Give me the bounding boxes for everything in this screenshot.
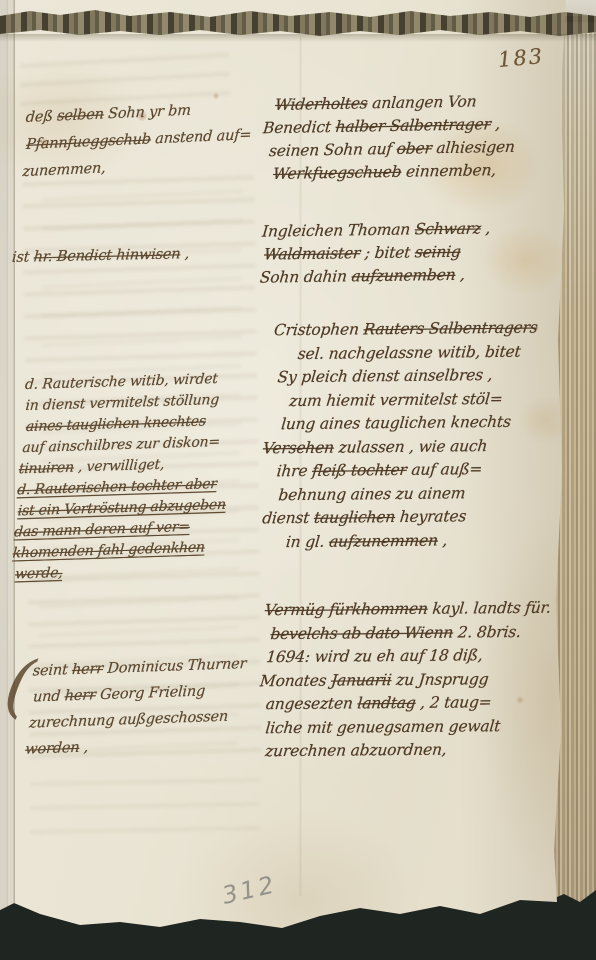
hand-text: lung aines tauglichen knechts [280, 413, 511, 433]
hand-text: anstend auf= [150, 127, 251, 147]
hand-text: zunemmen, [22, 160, 106, 180]
hand-text: ; bitet [359, 243, 415, 262]
hand-text: zulassen , wie auch [333, 437, 488, 457]
hand-text: seint [32, 662, 72, 679]
hand-text: zu Jnsprugg [391, 670, 490, 689]
manuscript-scan: 183 deß selben Sohn yr bmPfannfueggschub… [0, 0, 596, 960]
struck-text: Januarii [330, 671, 392, 690]
struck-text: herr [71, 661, 103, 678]
manuscript-line: sel. nachgelassne witib, bitet [297, 340, 537, 366]
manuscript-line: angesezten landtag , 2 taug= [265, 691, 543, 717]
struck-text: ist ein Vertröstung abzugeben [17, 497, 226, 520]
hand-text: anlangen Von [367, 92, 477, 112]
hand-text: zurechnung außgeschossen [29, 709, 229, 732]
hand-text: Sohn yr bm [103, 103, 191, 123]
struck-text: Schwarz [414, 219, 482, 238]
struck-text: hr. Bendict hinwisen [33, 246, 181, 265]
manuscript-line: Vermüg fürkhommen kayl. landts für. [264, 597, 552, 623]
hand-text: , verwilliget, [73, 457, 165, 476]
hand-text: ist [11, 249, 34, 265]
hand-text: , [180, 246, 190, 262]
manuscript-line: Ingleichen Thoman Schwarz , [261, 217, 491, 243]
hand-text: angesezten [265, 694, 358, 713]
hand-text: Benedict [262, 118, 336, 137]
hand-text: Ingleichen Thoman [261, 220, 415, 240]
hand-text: dienst [261, 509, 314, 528]
struck-text: Widerholtes [274, 94, 368, 114]
hand-text: auf auß= [406, 460, 483, 479]
manuscript-line: zum hiemit vermitelst stöl= [288, 387, 532, 413]
hand-text: auf ainschilbres zur diskon= [22, 434, 221, 456]
manuscript-line: liche mit genuegsamen gewalt [264, 714, 540, 740]
struck-text: tauglichen [313, 508, 396, 527]
manuscript-line: behnung aines zu ainem [277, 481, 523, 507]
struck-text: seinig [414, 243, 461, 262]
manuscript-line: 1694: wird zu eh auf 18 diß, [265, 644, 547, 670]
struck-text: aufzunemben [351, 266, 456, 285]
hand-text: 1694: wird zu eh auf 18 diß, [265, 646, 483, 666]
hand-text: Georg Frieling [95, 683, 205, 703]
hand-text: zurechnen abzuordnen, [264, 741, 447, 761]
struck-text: bevelchs ab dato Wienn [270, 623, 454, 643]
struck-text: worden [25, 740, 80, 758]
hand-text: Sy pleich dienst ainselbres , [277, 366, 494, 386]
main-text-column: Widerholtes anlangen VonBenedict halber … [256, 0, 562, 934]
struck-text: werde, [15, 565, 64, 583]
hand-text: 2. 8bris. [452, 622, 521, 641]
manuscript-line: Werkfuegschueb einnemben, [272, 159, 514, 186]
struck-text: aufzunemmen [328, 531, 438, 550]
manuscript-line: Monates Januarii zu Jnsprugg [259, 667, 545, 693]
hand-text: , [79, 740, 89, 756]
hand-text: sel. nachgelassne witib, bitet [297, 342, 522, 362]
manuscript-line: Waldmaister ; bitet seinig [263, 240, 489, 266]
hand-text: in gl. [285, 532, 330, 550]
hand-text: liche mit genuegsamen gewalt [265, 717, 502, 737]
hand-text: , [437, 531, 448, 549]
hand-text: kayl. landts für. [427, 599, 552, 618]
struck-text: ober [396, 139, 433, 158]
struck-text: Vermüg fürkhommen [264, 600, 429, 619]
manuscript-line: zurechnen abzuordnen, [264, 738, 538, 764]
struck-text: das mann deren auf ver= [14, 519, 191, 541]
hand-text: deß [25, 108, 57, 125]
hand-text: , [490, 115, 501, 133]
hand-text: Sohn dahin [259, 267, 352, 286]
struck-text: Waldmaister [263, 244, 361, 263]
struck-text: halber Salbentrager [335, 115, 492, 136]
struck-text: Werkfuegschueb [272, 163, 402, 183]
margin-note-4: (seint herr Dominicus Thurnerund herr Ge… [16, 651, 247, 763]
hand-text: seinen Sohn auf [268, 140, 397, 160]
struck-text: Versehen [262, 438, 335, 457]
hand-text: ihre [276, 462, 313, 480]
hand-text: heyrates [394, 507, 467, 526]
manuscript-line: Cristophen Rauters Salbentragers [273, 316, 539, 342]
manuscript-line: ihre fleiß tochter auf auß= [276, 458, 526, 484]
struck-text: landtag [357, 694, 417, 713]
hand-text: einnemben, [401, 161, 497, 181]
hand-text: in dienst vermitelst stöllung [25, 392, 220, 414]
struck-text: selben [57, 106, 105, 124]
hand-text: , 2 taug= [415, 693, 493, 712]
main-entry-4: Vermüg fürkhommen kayl. landts für.bevel… [250, 597, 552, 764]
manuscript-line: Sohn dahin aufzunemben , [259, 263, 487, 289]
hand-text: , [480, 219, 491, 237]
hand-text: behnung aines zu ainem [278, 484, 467, 504]
hand-text: Cristophen [273, 320, 364, 339]
margin-note-3: d. Rauterische witib, wirdetin dienst ve… [10, 368, 236, 585]
manuscript-line: Versehen zulassen , wie auch [262, 434, 528, 460]
hand-text: Dominicus Thurner [102, 656, 246, 677]
main-entry-1: Widerholtes anlangen VonBenedict halber … [258, 90, 520, 187]
main-entry-2: Ingleichen Thoman Schwarz ,Waldmaister ;… [257, 217, 491, 289]
struck-text: tinuiren [18, 460, 74, 478]
manuscript-line: dienst tauglichen heyrates [261, 505, 521, 531]
hand-text: zum hiemit vermitelst stöl= [289, 389, 504, 409]
struck-text: Rauters Salbentragers [363, 318, 539, 338]
hand-text: und [32, 688, 65, 705]
main-entry-3: Cristophen Rauters Salbentragerssel. nac… [253, 316, 539, 554]
struck-text: herr [64, 687, 96, 704]
manuscript-line: lung aines tauglichen knechts [280, 411, 530, 437]
margin-notes-column: deß selben Sohn yr bmPfannfueggschub ans… [0, 0, 252, 934]
struck-text: fleiß tochter [311, 461, 407, 480]
struck-text: aines tauglichen knechtes [25, 413, 206, 435]
hand-text: Monates [259, 671, 332, 690]
hand-text: alhiesigen [431, 138, 516, 157]
hand-text: d. Rauterische witib, wirdet [24, 371, 218, 393]
struck-text: Pfannfueggschub [26, 131, 152, 153]
struck-text: khomenden fahl gedenkhen [12, 539, 205, 561]
manuscript-line: ist hr. Bendict hinwisen , [11, 242, 190, 270]
margin-note-2: ist hr. Bendict hinwisen , [11, 242, 190, 270]
manuscript-line: in gl. aufzunemmen , [285, 528, 519, 554]
margin-note-1: deß selben Sohn yr bmPfannfueggschub ans… [22, 95, 254, 186]
hand-text: , [455, 266, 466, 284]
manuscript-line: Sy pleich dienst ainselbres , [276, 364, 534, 390]
manuscript-line: bevelchs ab dato Wienn 2. 8bris. [269, 620, 549, 646]
